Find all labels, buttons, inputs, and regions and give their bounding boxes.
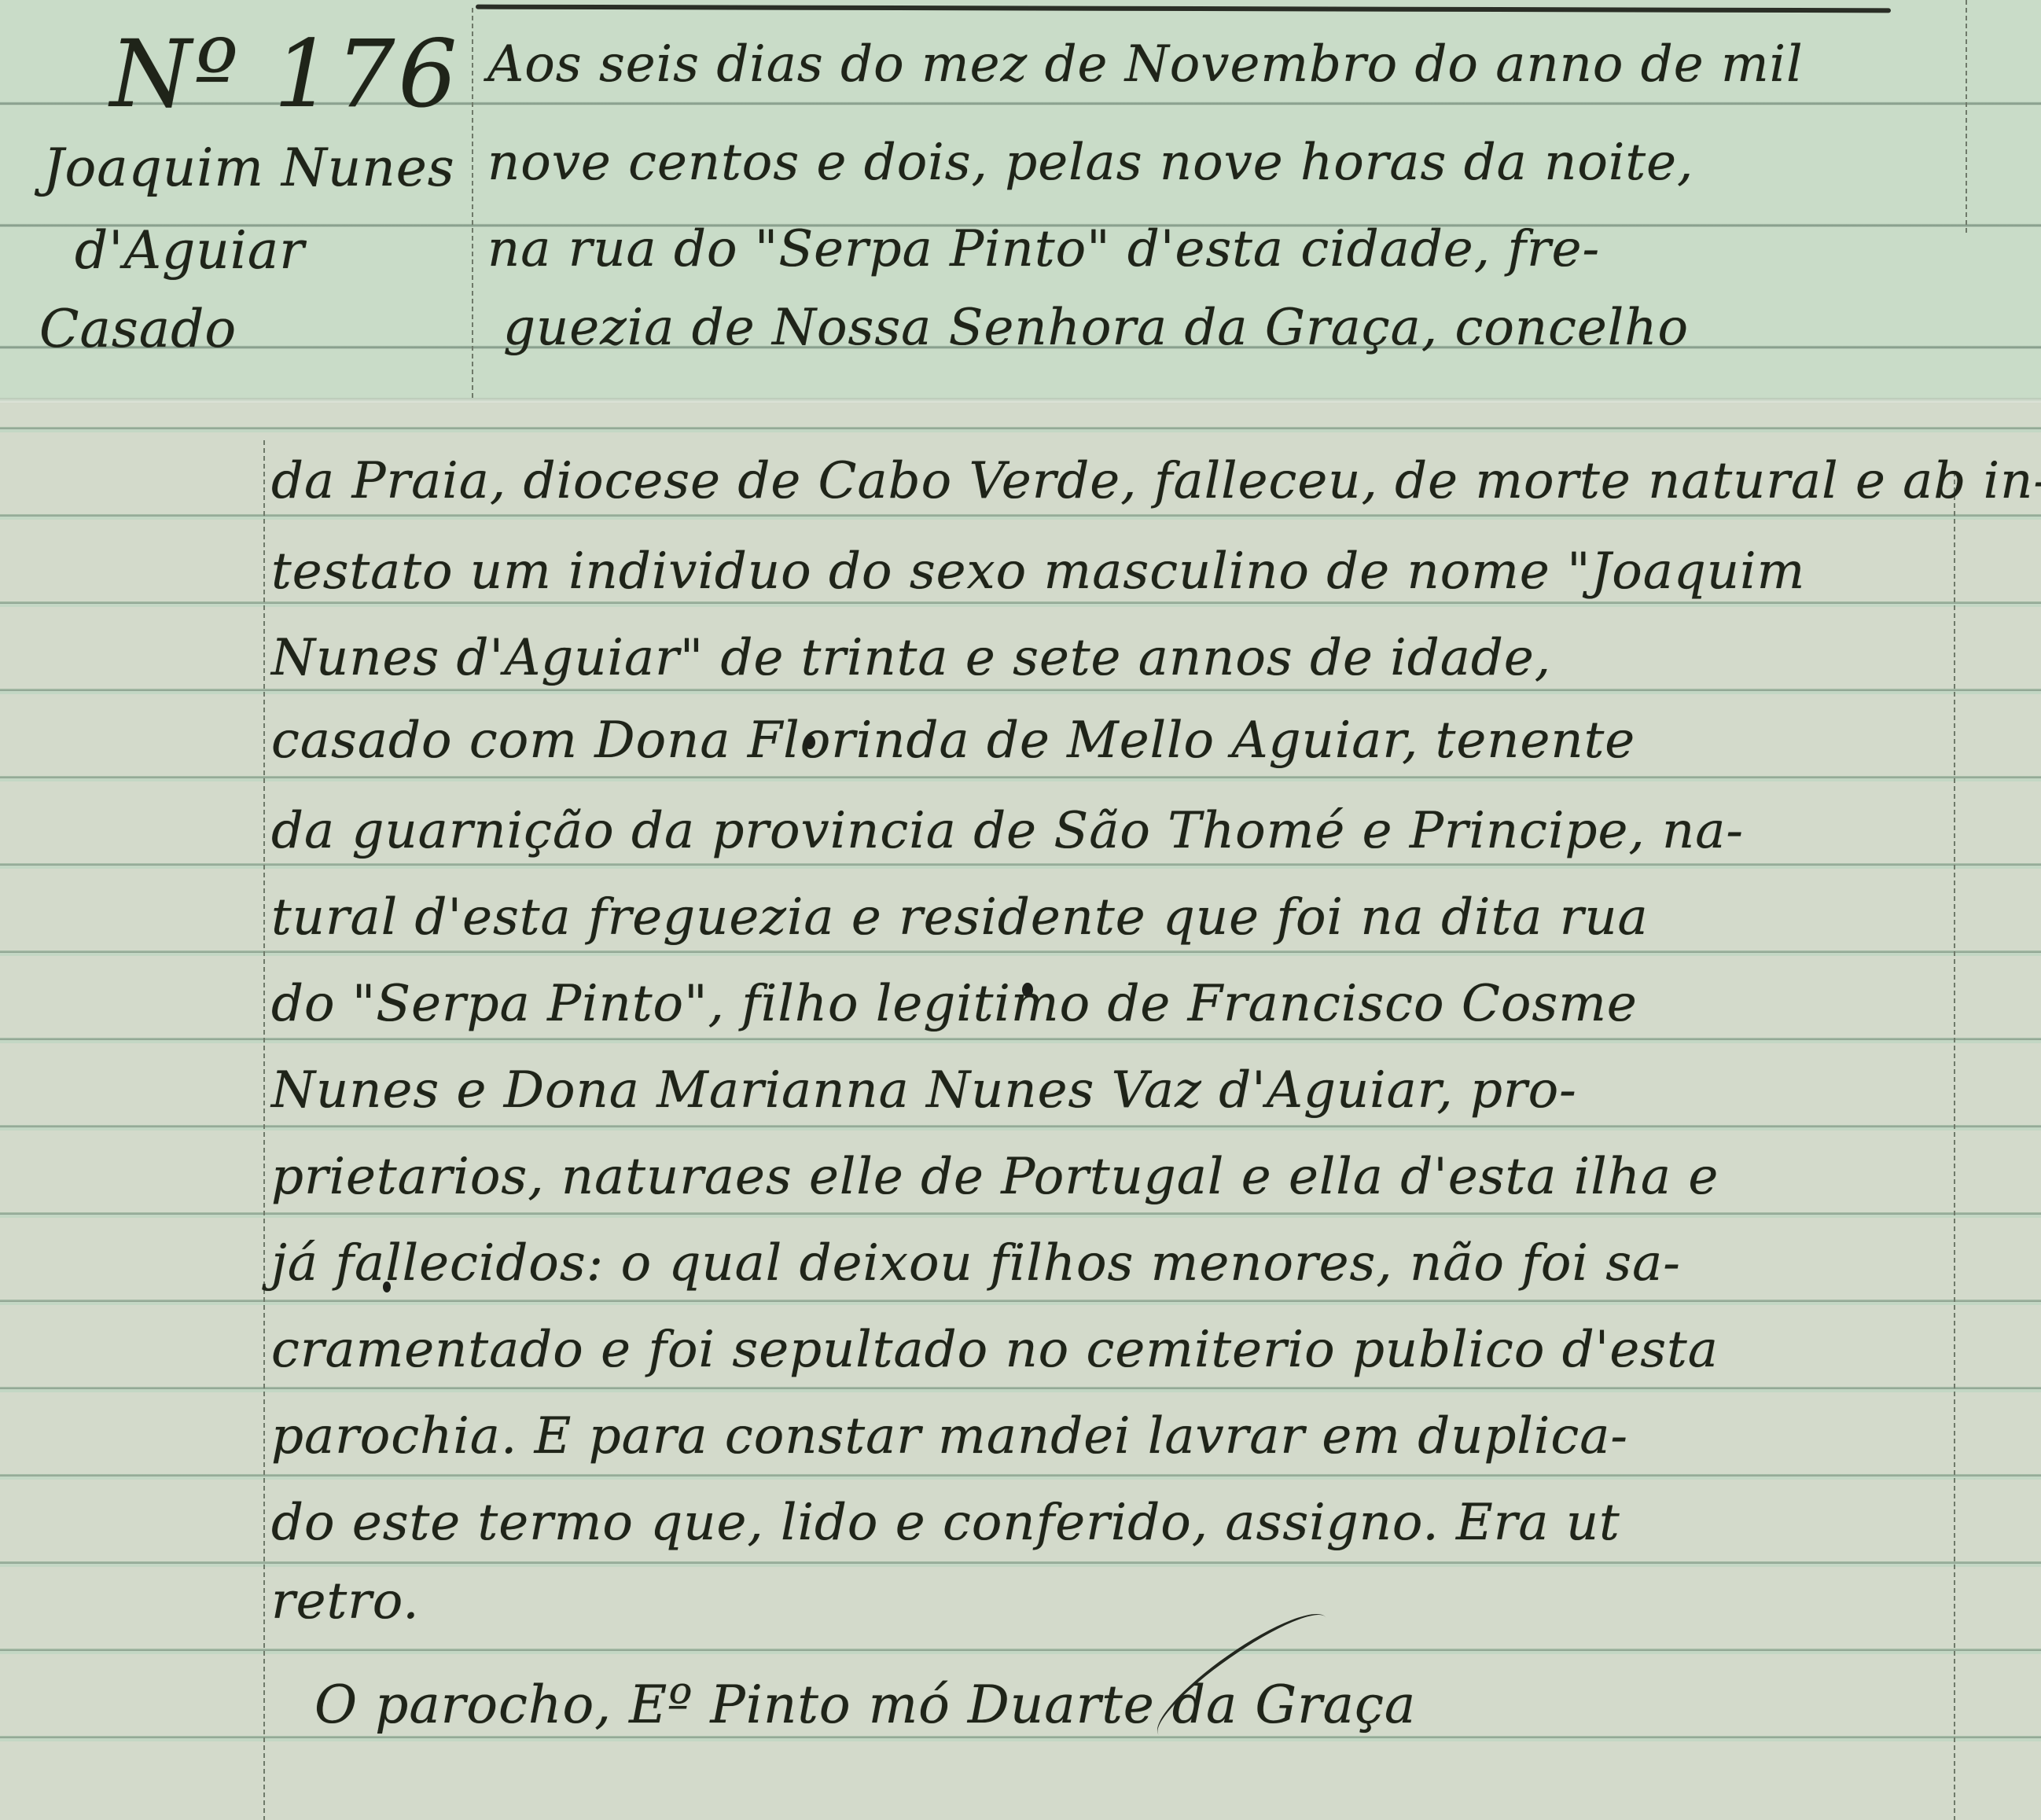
- text-line: prietarios, naturaes elle de Portugal e …: [271, 1148, 1719, 1206]
- text-line: testato um individuo do sexo masculino d…: [271, 542, 1805, 601]
- text-line: do este termo que, lido e conferido, ass…: [271, 1494, 1620, 1552]
- text-line: casado com Dona Florinda de Mello Aguiar…: [271, 711, 1635, 770]
- ink-blot: [383, 1281, 391, 1292]
- text-line: já fallecidos: o qual deixou filhos meno…: [271, 1234, 1681, 1292]
- text-line: cramentado e foi sepultado no cemiterio …: [271, 1321, 1719, 1379]
- text-line: parochia. E para constar mandei lavrar e…: [271, 1407, 1628, 1465]
- margin-rule-top-right: [1966, 0, 1967, 236]
- text-line: do "Serpa Pinto", filho legitimo de Fran…: [271, 975, 1638, 1033]
- margin-note-name: Joaquim Nunes: [43, 138, 455, 198]
- entry-number: Nº 176: [110, 20, 460, 128]
- text-line: Nunes d'Aguiar" de trinta e sete annos d…: [271, 629, 1551, 687]
- margin-note-surname: d'Aguiar: [75, 220, 305, 281]
- binding-hole: [804, 735, 815, 749]
- text-line: Nunes e Dona Marianna Nunes Vaz d'Aguiar…: [271, 1061, 1577, 1120]
- text-line: da Praia, diocese de Cabo Verde, fallece…: [271, 452, 2041, 510]
- text-line: na rua do "Serpa Pinto" d'esta cidade, f…: [487, 220, 1600, 278]
- text-line: retro.: [271, 1572, 420, 1631]
- text-line: guezia de Nossa Senhora da Graça, concel…: [503, 299, 1689, 357]
- text-line: tural d'esta freguezia e residente que f…: [271, 888, 1649, 947]
- text-line: da guarnição da provincia de São Thomé e…: [271, 802, 1744, 860]
- text-line: Aos seis dias do mez de Novembro do anno…: [487, 35, 1804, 94]
- margin-note-status: Casado: [39, 299, 237, 359]
- margin-rule-top-left: [472, 8, 473, 398]
- binding-hole: [1022, 983, 1033, 997]
- margin-rule-bottom-left: [263, 440, 265, 1820]
- margin-rule-bottom-right: [1954, 472, 1955, 1820]
- strip-seam: [0, 398, 2041, 403]
- text-line: nove centos e dois, pelas nove horas da …: [487, 134, 1693, 192]
